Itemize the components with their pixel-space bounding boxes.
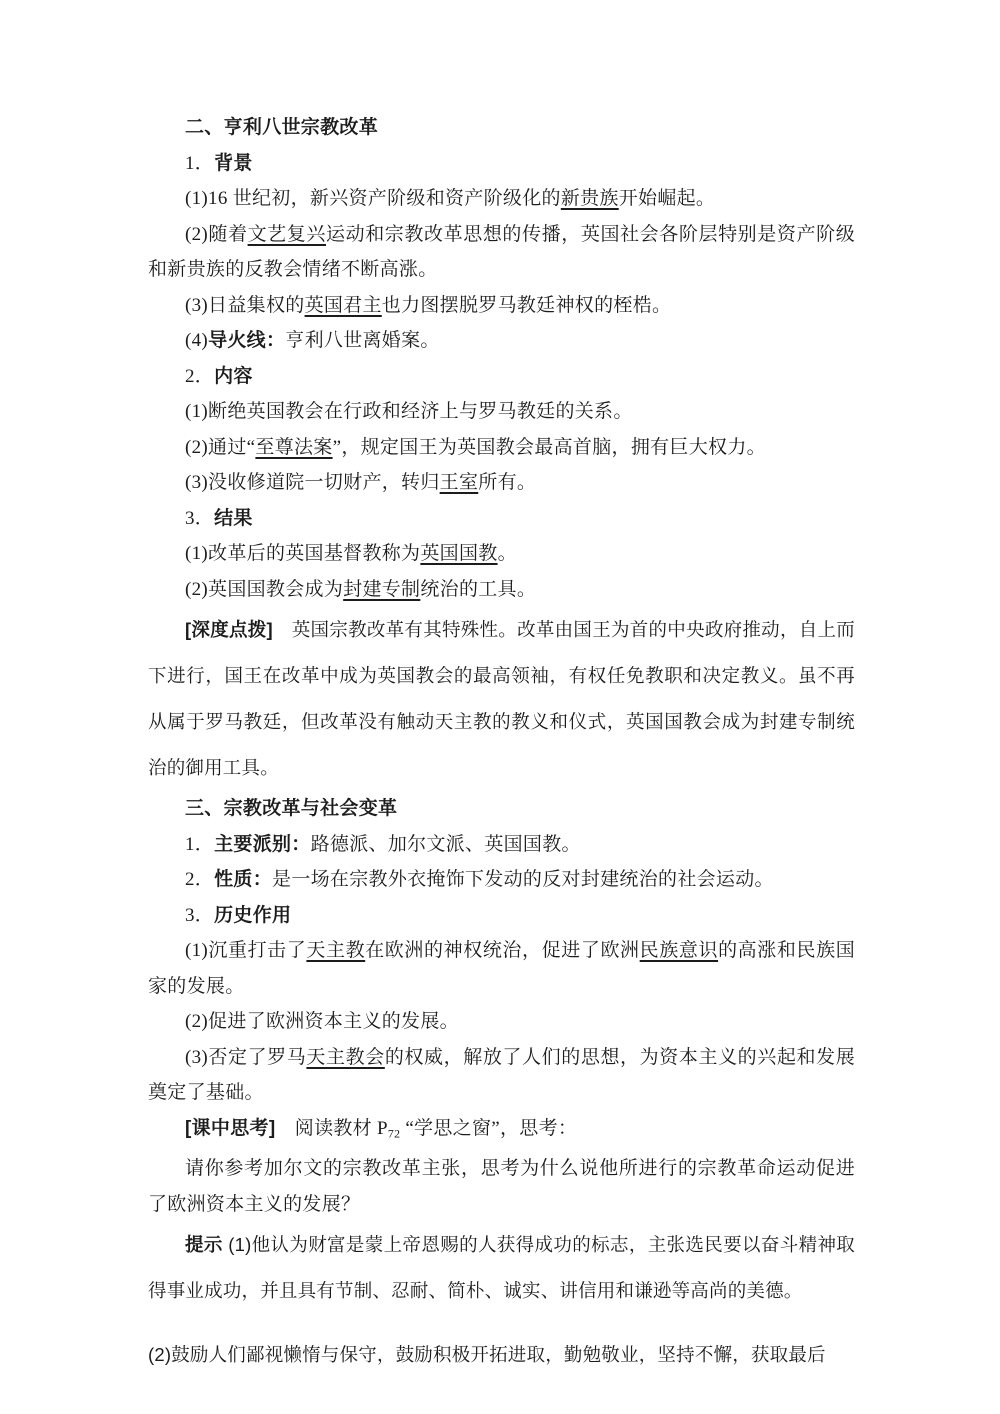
text-run: 内容 (214, 366, 253, 387)
text-run: “学思之窗”，思考： (400, 1118, 577, 1139)
item-content-2: (2)通过“至尊法案”，规定国王为英国教会最高首脑，拥有巨大权力。 (148, 430, 855, 466)
text-run: (2)随着 (185, 224, 248, 245)
heading-historical-role: 3．历史作用 (148, 898, 855, 934)
text-run: 3． (185, 905, 214, 926)
question-calvin: 请你参考加尔文的宗教改革主张，思考为什么说他所进行的宗教革命运动促进了欧洲资本主… (148, 1151, 855, 1222)
text-run: 请你参考加尔文的宗教改革主张，思考为什么说他所进行的宗教革命运动促进了欧洲资本主… (148, 1158, 855, 1215)
item-result-1: (1)改革后的英国基督教称为英国国教。 (148, 536, 855, 572)
heading-section-2: 二、亨利八世宗教改革 (148, 110, 855, 146)
text-run: 统治的工具。 (420, 579, 536, 600)
text-run: 导火线： (208, 330, 285, 351)
heading-result: 3．结果 (148, 501, 855, 537)
text-run: (2)英国国教会成为 (185, 579, 343, 600)
text-run: 在欧洲的神权统治，促进了欧洲 (365, 940, 639, 961)
underlined-term: 英国君主 (305, 295, 382, 316)
underlined-term: 王室 (440, 472, 479, 493)
text-run: (2)通过“ (185, 437, 255, 458)
underlined-term: 英国国教 (420, 543, 497, 564)
text-run: (2)促进了欧洲资本主义的发展。 (185, 1011, 459, 1032)
text-run: 路德派、加尔文派、英国国教。 (311, 834, 581, 855)
item-content-3: (3)没收修道院一切财产，转归王室所有。 (148, 465, 855, 501)
text-run: 1． (185, 153, 214, 174)
text-run: (3)日益集权的 (185, 295, 305, 316)
text-run: (1)16 世纪初，新兴资产阶级和资产阶级化的 (185, 188, 561, 209)
text-run: 二、亨利八世宗教改革 (185, 117, 378, 138)
document-page: 二、亨利八世宗教改革1．背景(1)16 世纪初，新兴资产阶级和资产阶级化的新贵族… (0, 0, 1000, 1414)
underlined-term: 天主教会 (306, 1047, 384, 1068)
text-run: (2)鼓励人们鄙视懒惰与保守，鼓励积极开拓进取，勤勉敬业，坚持不懈，获取最后 (148, 1344, 826, 1365)
text-run: (3)否定了罗马 (185, 1047, 306, 1068)
document-content: 二、亨利八世宗教改革1．背景(1)16 世纪初，新兴资产阶级和资产阶级化的新贵族… (148, 110, 855, 1378)
text-run: 英国宗教改革有其特殊性。改革由国王为首的中央政府推动，自上而下进行，国王在改革中… (148, 619, 855, 778)
item-background-3: (3)日益集权的英国君主也力图摆脱罗马教廷神权的桎梏。 (148, 288, 855, 324)
item-role-3: (3)否定了罗马天主教会的权威，解放了人们的思想，为资本主义的兴起和发展奠定了基… (148, 1040, 855, 1111)
text-run: 提示 (185, 1234, 223, 1255)
text-run: 2． (185, 869, 214, 890)
text-run: (3)没收修道院一切财产，转归 (185, 472, 440, 493)
text-run: ”，规定国王为英国教会最高首脑，拥有巨大权力。 (333, 437, 766, 458)
item-content-1: (1)断绝英国教会在行政和经济上与罗马教廷的关系。 (148, 394, 855, 430)
note-in-class-thinking: [课中思考] 阅读教材 P72 “学思之窗”，思考： (148, 1111, 855, 1152)
text-run: 阅读教材 P (275, 1118, 387, 1139)
text-run: [深度点拨] (185, 619, 273, 640)
text-run: 1． (185, 834, 214, 855)
text-run: (1)改革后的英国基督教称为 (185, 543, 420, 564)
heading-content: 2．内容 (148, 359, 855, 395)
underlined-term: 至尊法案 (255, 437, 332, 458)
text-run: [课中思考] (185, 1118, 275, 1139)
text-run: 开始崛起。 (619, 188, 716, 209)
item-role-2: (2)促进了欧洲资本主义的发展。 (148, 1004, 855, 1040)
item-main-schools: 1．主要派别：路德派、加尔文派、英国国教。 (148, 827, 855, 863)
item-role-1: (1)沉重打击了天主教在欧洲的神权统治，促进了欧洲民族意识的高涨和民族国家的发展… (148, 933, 855, 1004)
underlined-term: 民族意识 (640, 940, 718, 961)
text-run: (1)断绝英国教会在行政和经济上与罗马教廷的关系。 (185, 401, 633, 422)
item-nature: 2．性质：是一场在宗教外衣掩饰下发动的反对封建统治的社会运动。 (148, 862, 855, 898)
hint-answer-1: 提示 (1)他认为财富是蒙上帝恩赐的人获得成功的标志，主张选民要以奋斗精神取得事… (148, 1222, 855, 1314)
text-run: 历史作用 (214, 905, 291, 926)
text-run: 是一场在宗教外衣掩饰下发动的反对封建统治的社会运动。 (272, 869, 774, 890)
item-result-2: (2)英国国教会成为封建专制统治的工具。 (148, 572, 855, 608)
heading-background: 1．背景 (148, 146, 855, 182)
text-run: 所有。 (478, 472, 536, 493)
heading-section-3: 三、宗教改革与社会变革 (148, 791, 855, 827)
text-run: 主要派别： (214, 834, 311, 855)
text-run: (1)沉重打击了 (185, 940, 306, 961)
text-run: 背景 (214, 153, 253, 174)
hint-answer-2: (2)鼓励人们鄙视懒惰与保守，鼓励积极开拓进取，勤勉敬业，坚持不懈，获取最后 (148, 1332, 855, 1378)
text-run: 3． (185, 508, 214, 529)
underlined-term: 天主教 (306, 940, 365, 961)
text-run: 三、宗教改革与社会变革 (185, 798, 397, 819)
item-background-4: (4)导火线：亨利八世离婚案。 (148, 323, 855, 359)
text-run: (1)他认为财富是蒙上帝恩赐的人获得成功的标志，主张选民要以奋斗精神取得事业成功… (148, 1234, 855, 1301)
item-background-2: (2)随着文艺复兴运动和宗教改革思想的传播，英国社会各阶层特别是资产阶级和新贵族… (148, 217, 855, 288)
item-background-1: (1)16 世纪初，新兴资产阶级和资产阶级化的新贵族开始崛起。 (148, 181, 855, 217)
underlined-term: 封建专制 (343, 579, 420, 600)
underlined-term: 文艺复兴 (248, 224, 326, 245)
underlined-term: 新贵族 (561, 188, 619, 209)
text-run: 性质： (214, 869, 272, 890)
text-run: 。 (498, 543, 517, 564)
text-run: 结果 (214, 508, 253, 529)
text-run: 亨利八世离婚案。 (285, 330, 439, 351)
text-run: (4) (185, 330, 208, 351)
text-run: 72 (388, 1127, 400, 1140)
note-deep-analysis: [深度点拨] 英国宗教改革有其特殊性。改革由国王为首的中央政府推动，自上而下进行… (148, 607, 855, 791)
text-run: 也力图摆脱罗马教廷神权的桎梏。 (382, 295, 672, 316)
text-run: 2． (185, 366, 214, 387)
